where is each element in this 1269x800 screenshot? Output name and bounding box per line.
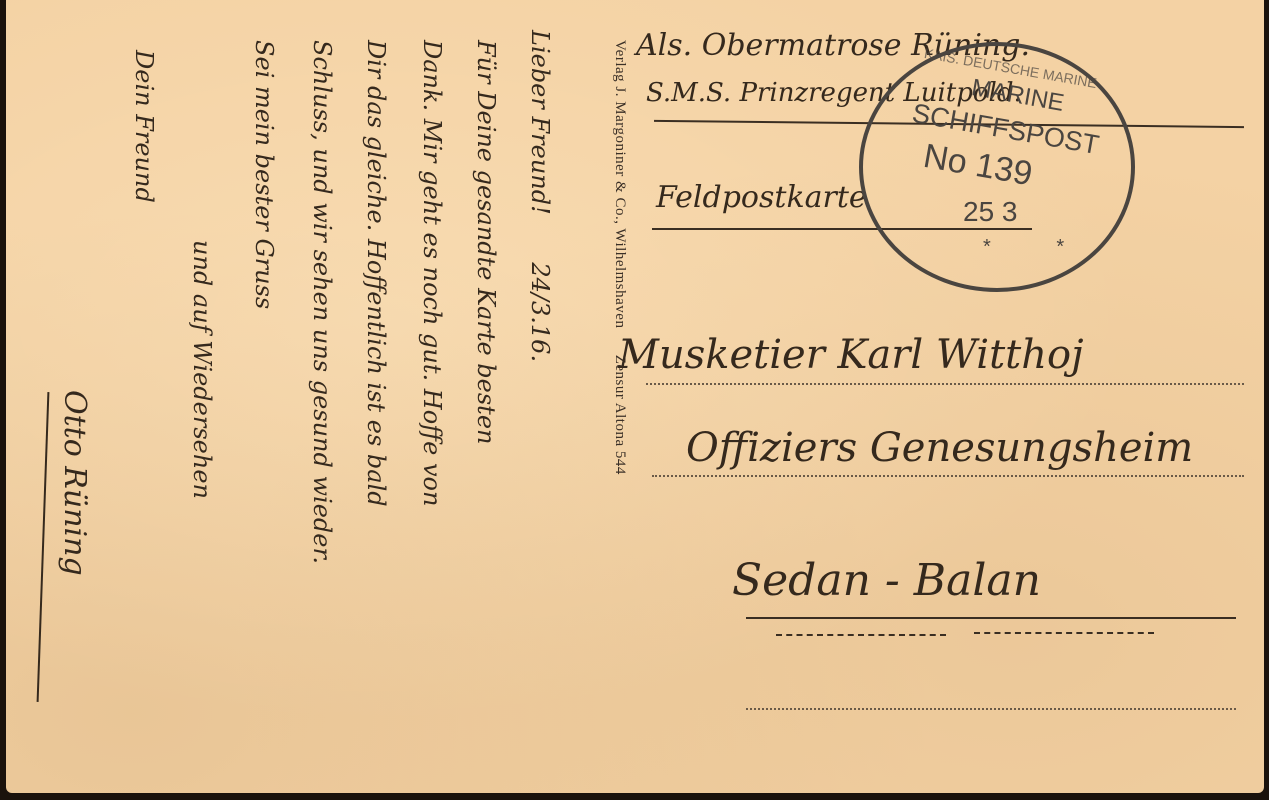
message-line-1: Für Deine gesandte Karte besten xyxy=(472,40,500,444)
message-line-2: Dank. Mir geht es noch gut. Hoffe von xyxy=(418,40,446,506)
recipient-line-3: Sedan - Balan xyxy=(732,555,1041,606)
postmark-stars: * * xyxy=(983,236,1094,259)
message-line-5: Sei mein bester Gruss xyxy=(250,40,278,309)
feldpost-label: Feldpostkarte xyxy=(656,180,867,215)
signature: Otto Rüning xyxy=(57,390,92,576)
publisher-imprint: Verlag J. Margoniner & Co., Wilhelmshave… xyxy=(611,40,628,475)
postcard: Lieber Freund! 24/3.16. Für Deine gesand… xyxy=(6,0,1264,793)
greeting-text: Lieber Freund! xyxy=(526,30,554,215)
postmark-date: 25 3 xyxy=(963,196,1018,228)
address-line-4 xyxy=(746,708,1236,710)
message-line-7: Dein Freund xyxy=(130,50,158,203)
city-underline xyxy=(746,617,1236,619)
publisher-text: Verlag J. Margoniner & Co., Wilhelmshave… xyxy=(612,40,628,328)
address-line-2 xyxy=(652,475,1244,477)
city-wavy-underline-1 xyxy=(776,634,946,636)
message-greeting: Lieber Freund! 24/3.16. xyxy=(526,30,554,362)
signature-flourish xyxy=(37,392,50,702)
message-line-4: Schluss, und wir sehen uns gesund wieder… xyxy=(308,40,336,564)
recipient-line-1: Musketier Karl Witthoj xyxy=(618,332,1084,378)
message-date: 24/3.16. xyxy=(526,262,554,362)
recipient-line-2: Offiziers Genesungsheim xyxy=(686,425,1193,471)
message-line-3: Dir das gleiche. Hoffentlich ist es bald xyxy=(362,40,390,507)
message-line-6: und auf Wiedersehen xyxy=(188,240,216,499)
address-line-1 xyxy=(646,383,1244,385)
city-wavy-underline-2 xyxy=(974,632,1154,634)
postmark-stamp: KAIS. DEUTSCHE MARINE MARINE SCHIFFSPOST… xyxy=(859,42,1135,292)
